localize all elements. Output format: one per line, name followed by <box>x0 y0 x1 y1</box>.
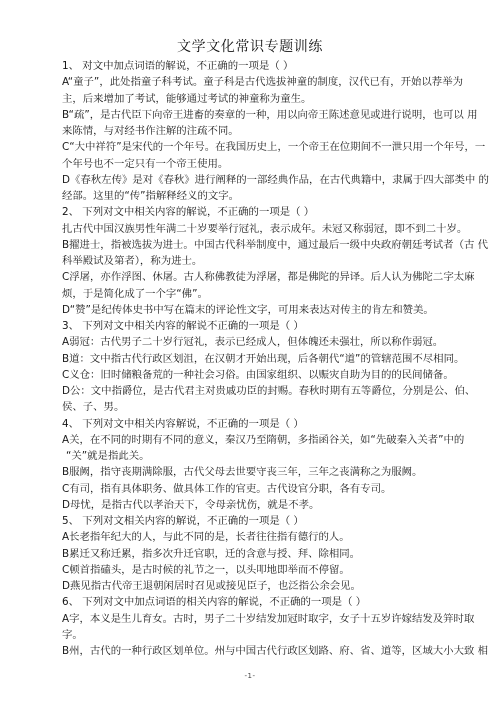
question-6-option-a-cont: 字。 <box>62 627 436 643</box>
question-1-option-a-cont: 主，后来增加了考试，能够通过考试的神童称为童生。 <box>62 91 436 107</box>
question-3-option-d-cont: 侯、子、男。 <box>62 399 436 415</box>
question-3-option-b: B道：文中指古代行政区划沮，在汉朝才开始出现，后各朝代“道”的管辖范围不尽相同。 <box>62 351 436 367</box>
question-1-option-b-cont: 来陈情，与对经书作注解的注疏不同。 <box>62 123 436 139</box>
question-5-option-a: A长老指年纪大的人，与此不同的是，长者往往指有德行的人。 <box>62 529 436 545</box>
document-page: 文学文化常识专题训练 1、 对文中加点词语的解说，不正确的一项是（ ） A“童子… <box>0 0 500 707</box>
question-5-option-d: D燕见指古代帝王退朝闲居时召见或接见臣子，也泛指公余会见。 <box>62 578 436 594</box>
question-6-option-a: A字，本义是生儿育女。古时，男子二十岁结发加冠时取字，女子十五岁许嫁结发及笄时取 <box>62 611 436 627</box>
question-1-option-a: A“童子”，此处指童子科考试。童子科是古代选拔神童的制度，汉代已有，开始以荐举为 <box>62 74 436 90</box>
question-2-option-a: 扎古代中国汉族男性年满二十岁要举行冠礼，表示成年。未冠又称弱冠，即不到二十岁。 <box>62 221 436 237</box>
question-1-option-b: B“疏”，是古代臣下向帝王进畜的奏章的一种，用以向帝王陈述意见或进行说明，也可以… <box>62 107 436 123</box>
question-1-prompt: 1、 对文中加点词语的解说，不正确的一项是（ ） <box>62 58 436 74</box>
question-2-option-c-cont: 烦，于是简化成了一个字“佛”。 <box>62 286 436 302</box>
question-4-option-b: B服阙，指守丧期满除服，古代父母去世要守丧三年，三年之丧满称之为服阙。 <box>62 464 436 480</box>
question-1-option-d-cont: 经部。这里的“传”指解释经义的文字。 <box>62 188 436 204</box>
question-4-option-a: A关，在不同的时期有不同的意义，秦汉乃至隋朝，多指函谷关，如“先破秦入关者”中的 <box>62 432 436 448</box>
question-3-prompt: 3、 下列对文中相关内容的解说不正确的一项是（ ） <box>62 318 436 334</box>
question-5-option-c: C顿首指磕头，是古时候的礼节之一，以头叩地即举而不停留。 <box>62 562 436 578</box>
question-2-option-b-cont: 科举殿试及第者），称为进士。 <box>62 253 436 269</box>
question-5-option-b: B累迁又称迁累，指多次升迁官职，迁的含意与授、拜、除相同。 <box>62 546 436 562</box>
page-number: -1- <box>0 672 500 680</box>
question-1-option-c: C“大中祥符”是宋代的一个年号。在我国历史上，一个帝王在位期间不一泄只用一个年号… <box>62 139 436 155</box>
document-title: 文学文化常识专题训练 <box>0 38 500 56</box>
question-2-option-c: C浮屠，亦作浮图、休屠。古人称佛教徒为浮屠，都是佛陀的异译。后人认为佛陀二字太麻 <box>62 269 436 285</box>
document-body: 1、 对文中加点词语的解说，不正确的一项是（ ） A“童子”，此处指童子科考试。… <box>62 58 436 659</box>
question-2-option-b: B擢进士，指被选拔为进士。中国古代科举制度中，通过最后一级中央政府朝廷考试者（古… <box>62 237 436 253</box>
question-3-option-a: A弱冠：古代男子二十岁行冠礼，表示已经成人，但体魄还未强壮，所以称作弱冠。 <box>62 334 436 350</box>
question-3-option-d: D公：文中指爵位，是古代君主对贵戚功臣的封赐。春秋时期有五等爵位，分别是公、伯、 <box>62 383 436 399</box>
question-5-prompt: 5、 下列对文相关内容的解说，不正确的一项是（ ） <box>62 513 436 529</box>
question-6-option-b: B州，古代的一种行政区划单位。州与中国古代行政区划路、府、省、道等，区域大小大致… <box>62 643 436 659</box>
question-2-option-d: D“赞”是纪传体史书中写在篇末的评论性文字，可用来表达对传主的肯左和赞美。 <box>62 302 436 318</box>
question-4-option-d: D母忧，是指古代以孝治天下，令母亲忧伤，就是不孝。 <box>62 497 436 513</box>
question-6-prompt: 6、 下列对文中加点词语的相关内容的解说，不正确的一项是（ ） <box>62 594 436 610</box>
question-4-prompt: 4、 下列对文中相关内容解说，不正确的一项是（ ） <box>62 416 436 432</box>
question-1-option-c-cont: 个年号也不一定只有一个帝王使用。 <box>62 156 436 172</box>
question-4-option-a-cont: “关”就是指此关。 <box>62 448 436 464</box>
question-4-option-c: C有司，指有具体职务、做具体工作的官吏。古代设官分职，各有专司。 <box>62 481 436 497</box>
question-2-prompt: 2、 下列对文中相关内容的解说，不正确的一项是（ ） <box>62 204 436 220</box>
question-1-option-d: D《春秋左传》是对《春秋》进行阐释的一部经典作品，在古代典籍中，隶属于四大部类中… <box>62 172 436 188</box>
question-3-option-c: C义仓：旧时储粮备荒的一种社会习俗。由国家组织、以赈灾自助为目的的民间储备。 <box>62 367 436 383</box>
